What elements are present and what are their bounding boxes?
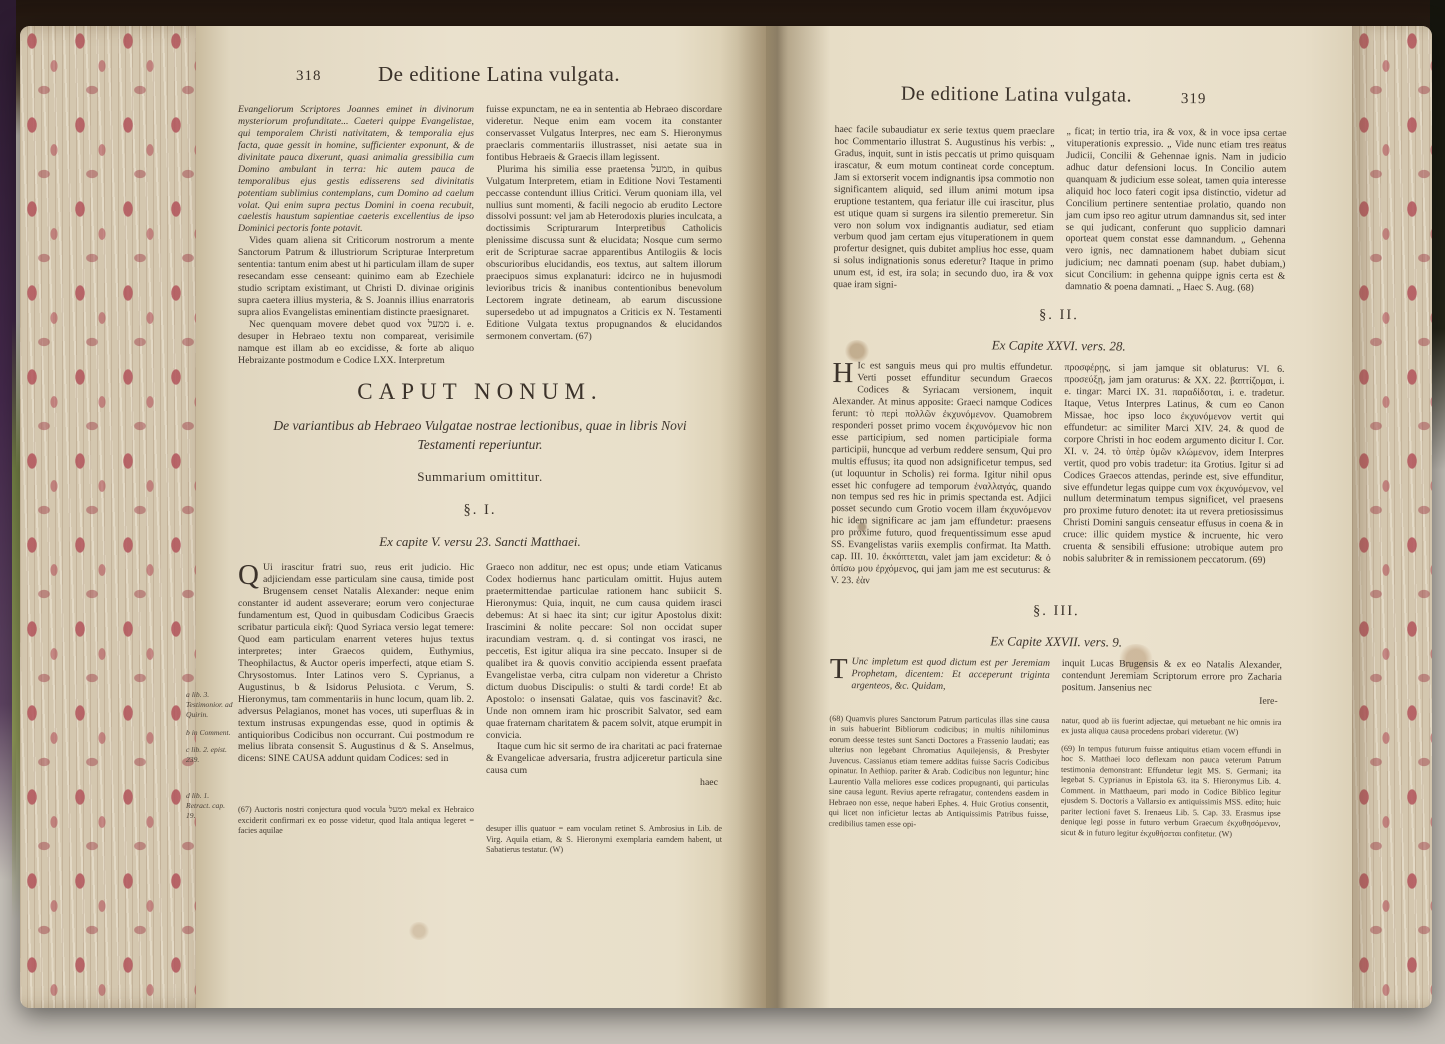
section-2-mark: §. II. <box>833 305 1285 326</box>
right-footnotes: (68) Quamvis plures Sanctorum Patrum par… <box>828 714 1281 840</box>
chapter-title: CAPUT NONUM. <box>238 379 722 405</box>
left-footnotes: (67) Auctoris nostri conjectura quod voc… <box>238 805 722 856</box>
margin-notes: a lib. 3. Testimonior. ad Quirin. b in C… <box>186 690 234 829</box>
paragraph: inquit Lucas Brugensis & ex eo Natalis A… <box>1062 658 1282 696</box>
right-band-2: HIc est sanguis meus qui pro multis effu… <box>831 360 1285 591</box>
paragraph: haec facile subaudiatur ex serie textus … <box>833 124 1054 293</box>
paragraph: Vides quam aliena sit Criticorum nostror… <box>238 235 474 319</box>
footnote-67-continuation: desuper illis quatuor = eam voculam reti… <box>486 812 722 856</box>
left-band2-col1: QUi irascitur fratri suo, reus erit judi… <box>238 562 474 789</box>
paragraph: προσφέρῃς, si jam jamque sit oblaturus: … <box>1063 362 1285 567</box>
paragraph-with-dropcap: HIc est sanguis meus qui pro multis effu… <box>831 360 1053 589</box>
drop-cap: Q <box>238 563 259 588</box>
chapter-heading-block: CAPUT NONUM. De variantibus ab Hebraeo V… <box>238 379 722 551</box>
right-running-title: De editione Latina vulgata. <box>901 83 1132 108</box>
paragraph: fuisse expunctam, ne ea in sententia ab … <box>486 104 722 164</box>
left-band1-col1: Evangeliorum Scriptores Joannes eminet i… <box>238 104 474 367</box>
section-2-title: Ex Capite XXVI. vers. 28. <box>833 336 1285 356</box>
left-page-header: 318 De editione Latina vulgata. <box>238 62 722 96</box>
paragraph: „ ficat; in tertio tria, ira & vox, & in… <box>1065 126 1286 295</box>
margin-note-d: d lib. 1. Retract. cap. 19. <box>186 791 234 821</box>
paragraph-text: Ui irascitur fratri suo, reus erit judic… <box>238 562 474 764</box>
right-band1-col2: „ ficat; in tertio tria, ira & vox, & in… <box>1065 126 1286 295</box>
right-band3-col1: TUnc impletum est quod dictum est per Je… <box>830 656 1050 706</box>
right-page-header: De editione Latina vulgata. 319 <box>835 82 1287 120</box>
left-running-title: De editione Latina vulgata. <box>378 62 620 87</box>
right-page-text: De editione Latina vulgata. 319 haec fac… <box>828 82 1287 840</box>
open-book: 318 De editione Latina vulgata. Evangeli… <box>20 26 1432 1008</box>
section-2-heading-block: §. II. Ex Capite XXVI. vers. 28. <box>833 305 1285 356</box>
margin-note-c: c lib. 2. epist. 239. <box>186 745 234 765</box>
right-page-number: 319 <box>1181 91 1207 108</box>
footnote-69: (69) In tempus futurum fuisse antiquitus… <box>1060 744 1281 840</box>
section-3-mark: §. III. <box>830 601 1282 622</box>
paragraph-with-dropcap: QUi irascitur fratri suo, reus erit judi… <box>238 562 474 765</box>
photo-right-edge <box>1430 0 1445 470</box>
left-band1-col2: fuisse expunctam, ne ea in sententia ab … <box>486 104 722 367</box>
margin-note-b: b in Comment. <box>186 728 234 738</box>
catchword: haec <box>486 777 722 789</box>
summary-note: Summarium omittitur. <box>238 469 722 485</box>
paragraph: Graeco non additur, nec est opus; unde e… <box>486 562 722 741</box>
left-band2-col2: Graeco non additur, nec est opus; unde e… <box>486 562 722 789</box>
footnote-w-continuation: natur, quod ab iis fuerint adjectae, qui… <box>1061 716 1281 739</box>
photo-left-green-edge <box>12 320 20 920</box>
right-band2-col1: HIc est sanguis meus qui pro multis effu… <box>831 360 1053 589</box>
right-band-3: TUnc impletum est quod dictum est per Je… <box>830 656 1282 708</box>
marbled-fore-edge-left <box>20 26 216 1008</box>
section-3-heading-block: §. III. Ex Capite XXVII. vers. 9. <box>830 601 1282 652</box>
chapter-subtitle: De variantibus ab Hebraeo Vulgatae nostr… <box>256 417 704 455</box>
section-1-mark: §. I. <box>238 502 722 519</box>
right-band1-col1: haec facile subaudiatur ex serie textus … <box>833 124 1054 293</box>
paragraph: Itaque cum hic sit sermo de ira charitat… <box>486 741 722 777</box>
left-page-number: 318 <box>296 68 322 85</box>
section-3-title: Ex Capite XXVII. vers. 9. <box>830 632 1282 652</box>
right-band3-col2: inquit Lucas Brugensis & ex eo Natalis A… <box>1062 658 1282 708</box>
left-band-1: Evangeliorum Scriptores Joannes eminet i… <box>238 104 722 367</box>
paragraph: Nec quenquam movere debet quod vox ממעל … <box>238 319 474 367</box>
left-band-2: QUi irascitur fratri suo, reus erit judi… <box>238 562 722 789</box>
section-1-title: Ex capite V. versu 23. Sancti Matthaei. <box>238 534 722 550</box>
footnote-67: (67) Auctoris nostri conjectura quod voc… <box>238 805 474 856</box>
left-page-text: 318 De editione Latina vulgata. Evangeli… <box>238 62 722 856</box>
right-band-1: haec facile subaudiatur ex serie textus … <box>833 124 1286 295</box>
book-gutter-shadow <box>720 26 830 1008</box>
paragraph: Plurima his similia esse praetensa ממעל,… <box>486 164 722 343</box>
footnote-68: (68) Quamvis plures Sanctorum Patrum par… <box>828 714 1049 838</box>
right-footnote-col2: natur, quod ab iis fuerint adjectae, qui… <box>1060 716 1281 840</box>
margin-note-a: a lib. 3. Testimonior. ad Quirin. <box>186 690 234 720</box>
paragraph: Evangeliorum Scriptores Joannes eminet i… <box>238 104 474 235</box>
paragraph-text: Unc impletum est quod dictum est per Jer… <box>851 656 1050 692</box>
paragraph-with-dropcap: TUnc impletum est quod dictum est per Je… <box>830 656 1050 694</box>
catchword: Iere- <box>1062 694 1282 708</box>
book-photo: 318 De editione Latina vulgata. Evangeli… <box>0 0 1445 1044</box>
drop-cap: H <box>832 361 853 386</box>
drop-cap: T <box>830 657 848 682</box>
right-band2-col2: προσφέρῃς, si jam jamque sit oblaturus: … <box>1063 362 1285 591</box>
marbled-fore-edge-right <box>1352 26 1432 1008</box>
paragraph-text: Ic est sanguis meus qui pro multis effun… <box>831 360 1053 586</box>
